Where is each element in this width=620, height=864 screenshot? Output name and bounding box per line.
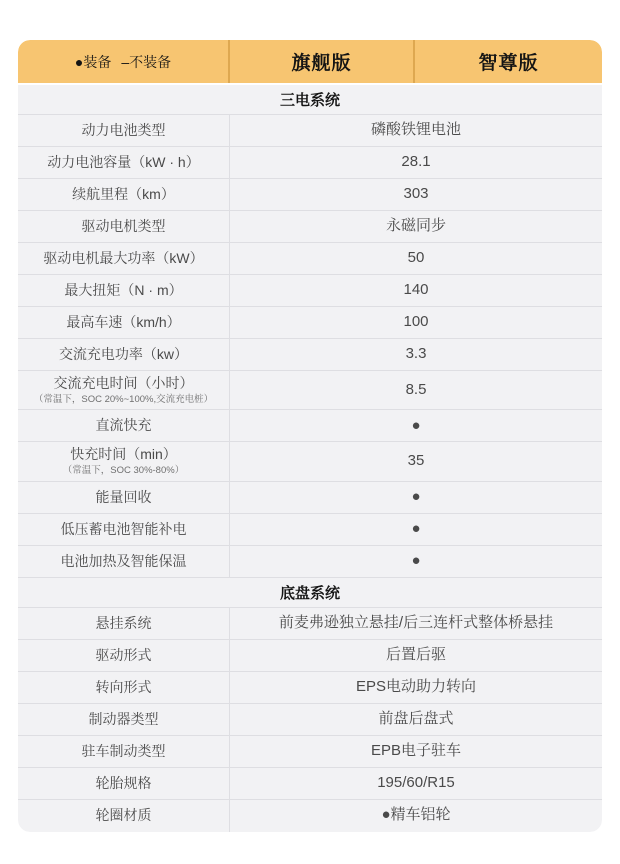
spec-label: 动力电池容量（kW · h） <box>47 154 199 172</box>
table-row: 交流充电功率（kw） 3.3 <box>18 339 602 371</box>
spec-label-cell: 轮圈材质 <box>18 800 230 832</box>
spec-value: 140 <box>230 275 602 306</box>
table-row: 轮胎规格 195/60/R15 <box>18 768 602 800</box>
spec-label-cell: 能量回收 <box>18 482 230 513</box>
table-row: 动力电池容量（kW · h） 28.1 <box>18 147 602 179</box>
spec-label-cell: 转向形式 <box>18 672 230 703</box>
spec-value: EPS电动助力转向 <box>230 672 602 703</box>
spec-label: 轮胎规格 <box>96 775 152 793</box>
table-header: ●装备 –不装备 旗舰版 智尊版 <box>18 40 602 83</box>
legend-equipped-label: ●装备 <box>75 52 111 72</box>
spec-label-cell: 制动器类型 <box>18 704 230 735</box>
spec-label: 轮圈材质 <box>96 807 152 825</box>
spec-label: 续航里程（km） <box>72 186 175 204</box>
spec-label: 最高车速（km/h） <box>66 314 180 332</box>
spec-label: 驻车制动类型 <box>82 743 166 761</box>
spec-label-cell: 续航里程（km） <box>18 179 230 210</box>
spec-label: 能量回收 <box>96 489 152 507</box>
spec-value: EPB电子驻车 <box>230 736 602 767</box>
table-row: 转向形式 EPS电动助力转向 <box>18 672 602 704</box>
spec-value: 永磁同步 <box>230 211 602 242</box>
spec-value: 前盘后盘式 <box>230 704 602 735</box>
spec-label-cell: 悬挂系统 <box>18 608 230 639</box>
table-row: 快充时间（min） （常温下，SOC 30%-80%） 35 <box>18 442 602 481</box>
table-row: 动力电池类型 磷酸铁锂电池 <box>18 115 602 147</box>
spec-value: ● <box>230 514 602 545</box>
table-row: 驱动电机类型 永磁同步 <box>18 211 602 243</box>
spec-value: 8.5 <box>230 371 602 409</box>
table-row: 悬挂系统 前麦弗逊独立悬挂/后三连杆式整体桥悬挂 <box>18 608 602 640</box>
table-row: 低压蓄电池智能补电 ● <box>18 514 602 546</box>
section-header-row: 三电系统 <box>18 85 602 115</box>
spec-value: ● <box>230 546 602 577</box>
spec-value: 后置后驱 <box>230 640 602 671</box>
spec-label-cell: 动力电池容量（kW · h） <box>18 147 230 178</box>
spec-value: 28.1 <box>230 147 602 178</box>
spec-value: 3.3 <box>230 339 602 370</box>
spec-table: ●装备 –不装备 旗舰版 智尊版 三电系统 动力电池类型 磷酸铁锂电池 动力电池… <box>18 40 602 832</box>
spec-label-cell: 轮胎规格 <box>18 768 230 799</box>
spec-label: 电池加热及智能保温 <box>61 553 187 571</box>
spec-value: ● <box>230 482 602 513</box>
table-row: 驱动形式 后置后驱 <box>18 640 602 672</box>
spec-value: 100 <box>230 307 602 338</box>
spec-label-cell: 驱动电机最大功率（kW） <box>18 243 230 274</box>
spec-label-cell: 驱动电机类型 <box>18 211 230 242</box>
spec-label-cell: 动力电池类型 <box>18 115 230 146</box>
spec-label: 转向形式 <box>96 679 152 697</box>
spec-value: 50 <box>230 243 602 274</box>
spec-label: 驱动电机类型 <box>82 218 166 236</box>
spec-label-note: （常温下，SOC 20%~100%,交流充电桩） <box>34 394 213 406</box>
table-row: 最大扭矩（N · m） 140 <box>18 275 602 307</box>
table-row: 驱动电机最大功率（kW） 50 <box>18 243 602 275</box>
spec-label: 驱动形式 <box>96 647 152 665</box>
table-row: 能量回收 ● <box>18 482 602 514</box>
spec-label: 交流充电功率（kw） <box>59 346 188 364</box>
spec-label-cell: 电池加热及智能保温 <box>18 546 230 577</box>
table-row: 续航里程（km） 303 <box>18 179 602 211</box>
spec-label: 制动器类型 <box>89 711 159 729</box>
spec-label: 低压蓄电池智能补电 <box>61 521 187 539</box>
table-row: 电池加热及智能保温 ● <box>18 546 602 578</box>
spec-label-cell: 直流快充 <box>18 410 230 441</box>
table-row: 驻车制动类型 EPB电子驻车 <box>18 736 602 768</box>
spec-label: 驱动电机最大功率（kW） <box>43 250 203 268</box>
spec-label: 动力电池类型 <box>82 122 166 140</box>
spec-label-cell: 交流充电时间（小时） （常温下，SOC 20%~100%,交流充电桩） <box>18 371 230 409</box>
spec-value: ● <box>230 410 602 441</box>
table-row: 最高车速（km/h） 100 <box>18 307 602 339</box>
spec-value: 303 <box>230 179 602 210</box>
spec-label: 悬挂系统 <box>96 615 152 633</box>
spec-value: 前麦弗逊独立悬挂/后三连杆式整体桥悬挂 <box>230 608 602 639</box>
spec-label-cell: 快充时间（min） （常温下，SOC 30%-80%） <box>18 442 230 480</box>
spec-label: 直流快充 <box>96 417 152 435</box>
section-title: 三电系统 <box>280 89 340 110</box>
spec-value: 磷酸铁锂电池 <box>230 115 602 146</box>
legend-cell: ●装备 –不装备 <box>18 40 230 83</box>
spec-label-note: （常温下，SOC 30%-80%） <box>63 465 184 477</box>
spec-label-cell: 驱动形式 <box>18 640 230 671</box>
section-header-row: 底盘系统 <box>18 578 602 608</box>
spec-label: 最大扭矩（N · m） <box>64 282 182 300</box>
table-row: 制动器类型 前盘后盘式 <box>18 704 602 736</box>
spec-label-cell: 最大扭矩（N · m） <box>18 275 230 306</box>
spec-label-cell: 交流充电功率（kw） <box>18 339 230 370</box>
column-header-trim-zhizun: 智尊版 <box>415 40 602 83</box>
column-header-trim-flagship: 旗舰版 <box>230 40 415 83</box>
table-row: 交流充电时间（小时） （常温下，SOC 20%~100%,交流充电桩） 8.5 <box>18 371 602 410</box>
spec-value: 35 <box>230 442 602 480</box>
section-title: 底盘系统 <box>280 582 340 603</box>
spec-label: 交流充电时间（小时） <box>54 375 194 393</box>
legend-not-equipped-label: –不装备 <box>121 52 171 72</box>
spec-label-cell: 驻车制动类型 <box>18 736 230 767</box>
spec-value: 195/60/R15 <box>230 768 602 799</box>
spec-label: 快充时间（min） <box>70 446 177 464</box>
table-body: 三电系统 动力电池类型 磷酸铁锂电池 动力电池容量（kW · h） 28.1 续… <box>18 85 602 832</box>
spec-label-cell: 低压蓄电池智能补电 <box>18 514 230 545</box>
table-row: 轮圈材质 ●精车铝轮 <box>18 800 602 832</box>
spec-value: ●精车铝轮 <box>230 800 602 832</box>
spec-label-cell: 最高车速（km/h） <box>18 307 230 338</box>
table-row: 直流快充 ● <box>18 410 602 442</box>
spec-sheet-page: ●装备 –不装备 旗舰版 智尊版 三电系统 动力电池类型 磷酸铁锂电池 动力电池… <box>0 0 620 832</box>
